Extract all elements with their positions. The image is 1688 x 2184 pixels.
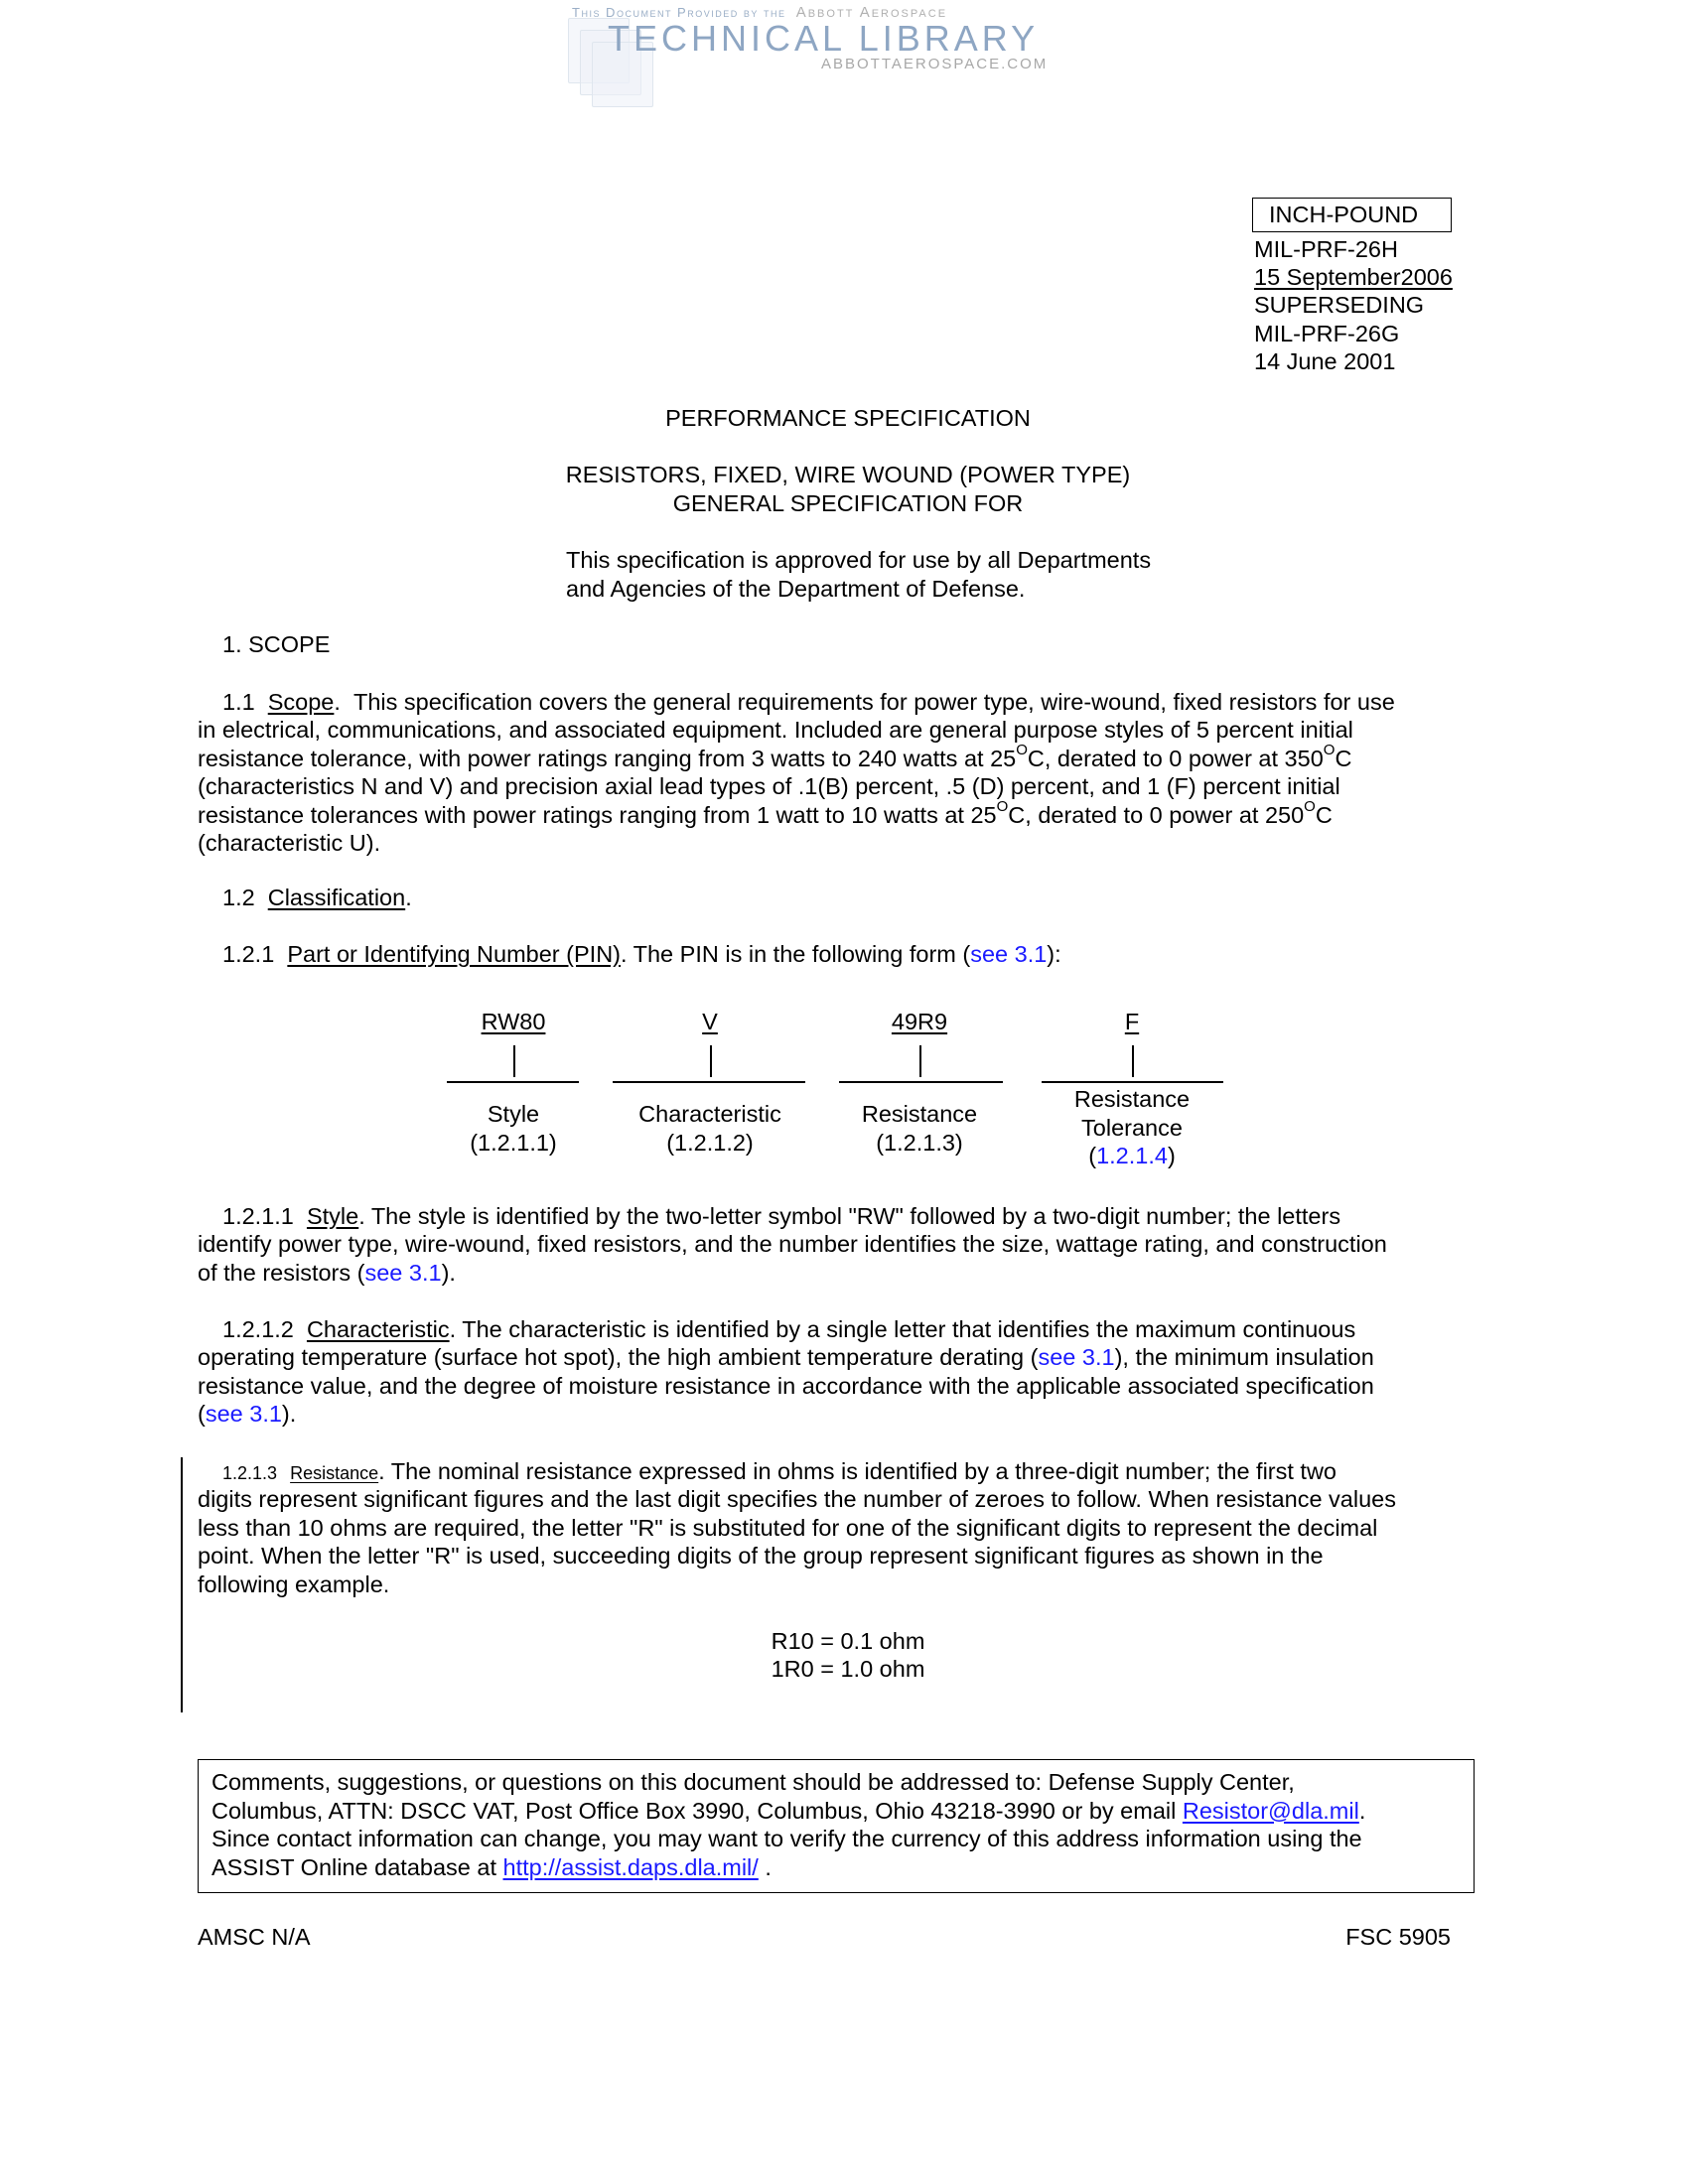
para-title: Style: [307, 1203, 358, 1229]
para-text: ).: [442, 1260, 456, 1286]
para-1-2-1-2-line4: (see 3.1).: [198, 1400, 296, 1429]
para-text: .: [405, 885, 412, 910]
comments-line2: Columbus, ATTN: DSCC VAT, Post Office Bo…: [211, 1797, 1463, 1826]
pin-rule: [1042, 1081, 1223, 1083]
comments-line1: Comments, suggestions, or questions on t…: [211, 1768, 1463, 1797]
para-text: resistance tolerances with power ratings…: [198, 802, 997, 828]
para-number: 1.2.1.1: [222, 1203, 294, 1229]
superseded-id: MIL-PRF-26G: [1254, 320, 1399, 348]
pin-rule: [613, 1081, 805, 1083]
para-text: C: [1316, 802, 1333, 828]
pin-label-text: Tolerance: [1013, 1114, 1251, 1143]
see-3-1-link[interactable]: see 3.1: [206, 1401, 282, 1427]
para-text: C: [1335, 746, 1351, 771]
pin-code-characteristic: V: [611, 1008, 809, 1036]
para-text: C, derated to 0 power at 250: [1008, 802, 1304, 828]
comments-text: .: [759, 1854, 772, 1880]
ref-1-2-1-4-link[interactable]: 1.2.1.4: [1096, 1143, 1168, 1168]
comments-line4: ASSIST Online database at http://assist.…: [211, 1853, 1463, 1882]
para-title: Scope: [268, 689, 335, 715]
para-1-2-1-2-line2: operating temperature (surface hot spot)…: [198, 1343, 1374, 1372]
superseded-date: 14 June 2001: [1254, 347, 1395, 376]
comments-line3: Since contact information can change, yo…: [211, 1825, 1463, 1853]
pin-rule: [839, 1081, 1003, 1083]
pin-label-ref: (1.2.1.2): [591, 1129, 829, 1158]
para-1-2-1-3-line3: less than 10 ohms are required, the lett…: [198, 1514, 1377, 1543]
technical-library-watermark: This Document Provided by the Abbott Aer…: [568, 0, 1084, 111]
para-number: 1.2.1: [222, 941, 274, 967]
approval-line2: and Agencies of the Department of Defens…: [566, 575, 1025, 604]
para-1-1-line6: (characteristic U).: [198, 829, 380, 858]
para-text: ), the minimum insulation: [1115, 1344, 1374, 1370]
comments-text: .: [1359, 1798, 1366, 1824]
para-text: operating temperature (surface hot spot)…: [198, 1344, 1038, 1370]
watermark-title: TECHNICAL LIBRARY: [608, 18, 1039, 60]
para-1-2-1-3-line5: following example.: [198, 1570, 389, 1599]
degree-sup: O: [1324, 742, 1336, 758]
degree-sup: O: [1304, 798, 1316, 815]
see-3-1-link[interactable]: see 3.1: [970, 941, 1047, 967]
comments-text: ASSIST Online database at: [211, 1854, 503, 1880]
para-1-1-line3: resistance tolerance, with power ratings…: [198, 745, 1351, 773]
email-link[interactable]: Resistor@dla.mil: [1183, 1798, 1359, 1824]
para-text: ):: [1047, 941, 1060, 967]
para-1-1-line4: (characteristics N and V) and precision …: [198, 772, 1340, 801]
pin-code-tolerance: F: [1033, 1008, 1231, 1036]
para-1-2-1-2-line1: 1.2.1.2 Characteristic. The characterist…: [222, 1315, 1355, 1344]
assist-url-link[interactable]: http://assist.daps.dla.mil/: [503, 1854, 759, 1880]
para-1-2-1-1-line2: identify power type, wire-wound, fixed r…: [198, 1230, 1387, 1259]
pin-label-resistance: Resistance (1.2.1.3): [800, 1100, 1039, 1157]
para-1-2-1-1-line3: of the resistors (see 3.1).: [198, 1259, 456, 1288]
pin-label-text: Resistance: [800, 1100, 1039, 1129]
para-title: Part or Identifying Number (PIN): [287, 941, 621, 967]
para-text: of the resistors (: [198, 1260, 364, 1286]
superseding-label: SUPERSEDING: [1254, 291, 1424, 320]
section-1-heading: 1. SCOPE: [222, 630, 330, 659]
para-number: 1.2.1.3: [222, 1463, 277, 1483]
pin-connector: [710, 1045, 712, 1077]
comments-box: Comments, suggestions, or questions on t…: [198, 1759, 1475, 1893]
para-1-1-line2: in electrical, communications, and assoc…: [198, 716, 1353, 745]
para-text: C, derated to 0 power at 350: [1028, 746, 1324, 771]
pin-label-tolerance: Resistance Tolerance (1.2.1.4): [1013, 1085, 1251, 1170]
approval-line1: This specification is approved for use b…: [566, 546, 1151, 575]
spec-title-line2: GENERAL SPECIFICATION FOR: [0, 489, 1688, 518]
para-1-2: 1.2 Classification.: [222, 884, 412, 912]
para-text: (: [198, 1401, 206, 1427]
para-1-2-1-3-line4: point. When the letter "R" is used, succ…: [198, 1542, 1324, 1570]
pin-label-text: Resistance: [1013, 1085, 1251, 1114]
para-1-2-1-1-line1: 1.2.1.1 Style. The style is identified b…: [222, 1202, 1340, 1231]
pin-code-style: RW80: [414, 1008, 613, 1036]
para-title: Characteristic: [307, 1316, 450, 1342]
para-title: Resistance: [290, 1463, 378, 1483]
resistance-example-2: 1R0 = 1.0 ohm: [0, 1655, 1688, 1684]
para-text: . The characteristic is identified by a …: [450, 1316, 1356, 1342]
para-1-1-line5: resistance tolerances with power ratings…: [198, 801, 1333, 830]
para-1-2-1-2-line3: resistance value, and the degree of mois…: [198, 1372, 1374, 1401]
inch-pound-label: INCH-POUND: [1269, 201, 1418, 229]
para-text: ).: [282, 1401, 296, 1427]
para-1-2-1-3-line1: 1.2.1.3 Resistance. The nominal resistan…: [222, 1457, 1336, 1488]
degree-sup: O: [1016, 742, 1028, 758]
para-1-2-1-3-line2: digits represent significant figures and…: [198, 1485, 1396, 1514]
spec-title-line1: RESISTORS, FIXED, WIRE WOUND (POWER TYPE…: [0, 461, 1688, 489]
pin-label-text: Characteristic: [591, 1100, 829, 1129]
see-3-1-link[interactable]: see 3.1: [1038, 1344, 1114, 1370]
doc-date: 15 September2006: [1254, 263, 1453, 292]
para-1-1-line1: 1.1 Scope. This specification covers the…: [222, 688, 1395, 717]
footer-amsc: AMSC N/A: [198, 1923, 311, 1952]
para-number: 1.2.1.2: [222, 1316, 294, 1342]
para-text: . The PIN is in the following form (: [621, 941, 970, 967]
watermark-url: ABBOTTAEROSPACE.COM: [821, 56, 1048, 72]
pin-label-ref: (1.2.1.4): [1013, 1142, 1251, 1170]
pin-code-resistance: 49R9: [820, 1008, 1019, 1036]
pin-connector: [513, 1045, 515, 1077]
see-3-1-link[interactable]: see 3.1: [364, 1260, 441, 1286]
para-text: . The style is identified by the two-let…: [358, 1203, 1340, 1229]
footer-fsc: FSC 5905: [1345, 1923, 1451, 1952]
para-text: This specification covers the general re…: [353, 689, 1395, 715]
pin-connector: [1132, 1045, 1134, 1077]
inch-pound-box: INCH-POUND: [1252, 198, 1452, 232]
para-title: Classification: [268, 885, 405, 910]
para-text: resistance tolerance, with power ratings…: [198, 746, 1016, 771]
para-1-2-1: 1.2.1 Part or Identifying Number (PIN). …: [222, 940, 1061, 969]
spec-type-title: PERFORMANCE SPECIFICATION: [0, 404, 1688, 433]
resistance-example-1: R10 = 0.1 ohm: [0, 1627, 1688, 1656]
pin-connector: [919, 1045, 921, 1077]
pin-label-characteristic: Characteristic (1.2.1.2): [591, 1100, 829, 1157]
para-number: 1.1: [222, 689, 255, 715]
para-number: 1.2: [222, 885, 255, 910]
doc-id: MIL-PRF-26H: [1254, 235, 1398, 264]
pin-label-ref: (1.2.1.3): [800, 1129, 1039, 1158]
para-text: . The nominal resistance expressed in oh…: [378, 1458, 1336, 1484]
pin-rule: [447, 1081, 579, 1083]
comments-text: Columbus, ATTN: DSCC VAT, Post Office Bo…: [211, 1798, 1183, 1824]
degree-sup: O: [997, 798, 1009, 815]
